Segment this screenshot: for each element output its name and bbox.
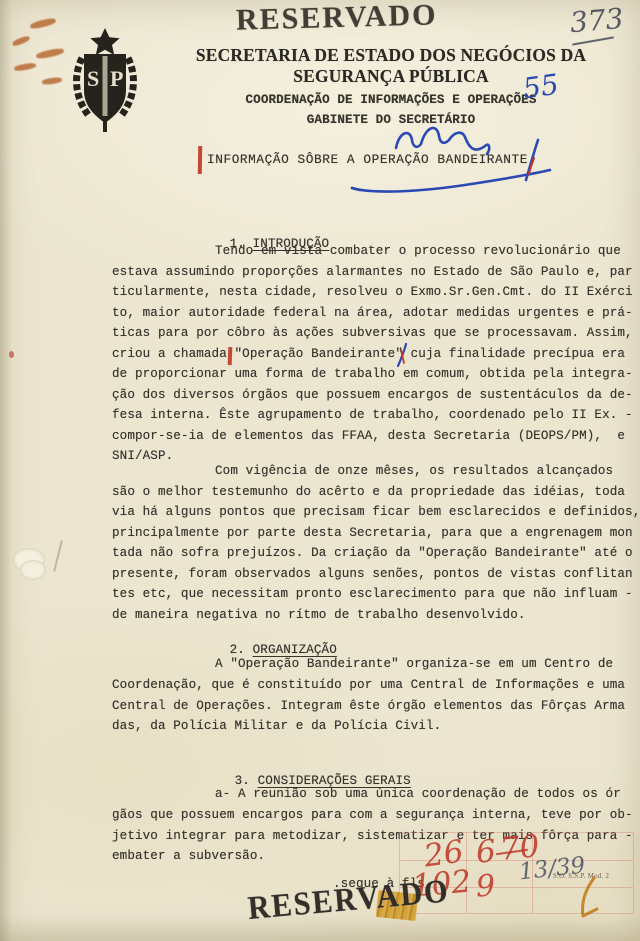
rust-stain xyxy=(42,77,63,86)
paragraph-line: ticularmente, nesta cidade, resolveu o E… xyxy=(112,285,633,306)
svg-text:S: S xyxy=(87,66,99,91)
paragraph-line: criou a chamada "Operação Bandeirante" c… xyxy=(112,347,633,368)
red-tick-mark xyxy=(228,347,232,365)
paragraph-line: a- A reunião sob uma única coordenação d… xyxy=(112,787,633,808)
reservado-stamp-top: RESERVADO xyxy=(236,0,438,38)
paragraph-line: gãos que possuem encargos para com a seg… xyxy=(112,808,633,829)
paragraph-line: fesa interna. Êste agrupamento de trabal… xyxy=(112,408,633,429)
paper-blemish xyxy=(20,560,46,580)
rust-stain xyxy=(36,47,65,60)
paragraph-line: das, da Polícia Militar e da Polícia Civ… xyxy=(112,719,625,740)
handwritten-page-number: 373 xyxy=(569,2,625,40)
rust-stain xyxy=(12,35,31,47)
scanned-document-page: RESERVADO 373 S P SECRETARIA DE ESTADO D… xyxy=(0,0,640,941)
org-unit: COORDENAÇÃO DE INFORMAÇÕES E OPERAÇÕES xyxy=(148,93,634,107)
paragraph-line: compor-se-ia de elementos das FFAA, dest… xyxy=(112,429,633,450)
orange-pen-mark xyxy=(572,876,604,922)
paragraph-line: ticas para por côbro às ações subversiva… xyxy=(112,326,633,347)
paragraph-line: Central de Operações. Integram êste órgã… xyxy=(112,699,625,720)
handwritten-date-month: 6 xyxy=(475,833,497,870)
paragraph-line: Tendo em vista combater o processo revol… xyxy=(112,244,633,265)
paragraph-line: de proporcionar uma forma de trabalho em… xyxy=(112,367,633,388)
paragraph-line: principalmente por parte desta Secretari… xyxy=(112,526,640,547)
paragraph-line: estava assumindo proporções alarmantes n… xyxy=(112,265,633,286)
section-3-number: 3. xyxy=(235,774,250,788)
pen-check-mark xyxy=(393,342,411,368)
reservado-stamp-bottom: RESERVADO xyxy=(246,873,451,927)
paragraph-line: de maneira negativa no rítmo de trabalho… xyxy=(112,608,640,629)
paragraph-line: to, maior autoridade federal na área, ad… xyxy=(112,306,633,327)
paragraph-line: A "Operação Bandeirante" organiza-se em … xyxy=(112,657,625,678)
paragraph-line: tes etc, que necessitam pronto esclareci… xyxy=(112,587,640,608)
paragraph-line: via há alguns pontos que precisam ficar … xyxy=(112,505,640,526)
sao-paulo-seal-icon: S P xyxy=(72,26,138,134)
pen-slash-mark xyxy=(518,136,546,184)
paragraph-line: Coordenação, que é constituído por uma C… xyxy=(112,678,625,699)
red-margin-mark xyxy=(198,146,202,174)
svg-text:P: P xyxy=(110,66,123,91)
paragraph-line: presente, foram observados alguns senões… xyxy=(112,567,640,588)
document-title: INFORMAÇÃO SÔBRE A OPERAÇÃO BANDEIRANTE xyxy=(207,152,528,167)
paragraph-2: Com vigência de onze mêses, os resultado… xyxy=(112,464,640,628)
handwritten-digit: 9 xyxy=(475,869,496,905)
org-name: SECRETARIA DE ESTADO DOS NEGÓCIOS DA SEG… xyxy=(150,45,631,87)
paragraph-line: tada não sofra prejuízos. Da criação da … xyxy=(112,546,640,567)
handwritten-doc-number: 55 xyxy=(521,68,561,106)
paragraph-line: são o melhor testemunho do acêrto e da p… xyxy=(112,485,640,506)
paragraph-line: ção dos diversos órgãos que possuem enca… xyxy=(112,388,633,409)
section-2-number: 2. xyxy=(230,643,245,657)
paragraph-line: Com vigência de onze mêses, os resultado… xyxy=(112,464,640,485)
rust-stain xyxy=(14,62,37,72)
rust-stain xyxy=(30,17,57,30)
paragraph-1: Tendo em vista combater o processo revol… xyxy=(112,244,633,470)
scratch-mark xyxy=(53,540,63,572)
paragraph-3: A "Operação Bandeirante" organiza-se em … xyxy=(112,657,625,740)
red-speck xyxy=(9,351,14,358)
